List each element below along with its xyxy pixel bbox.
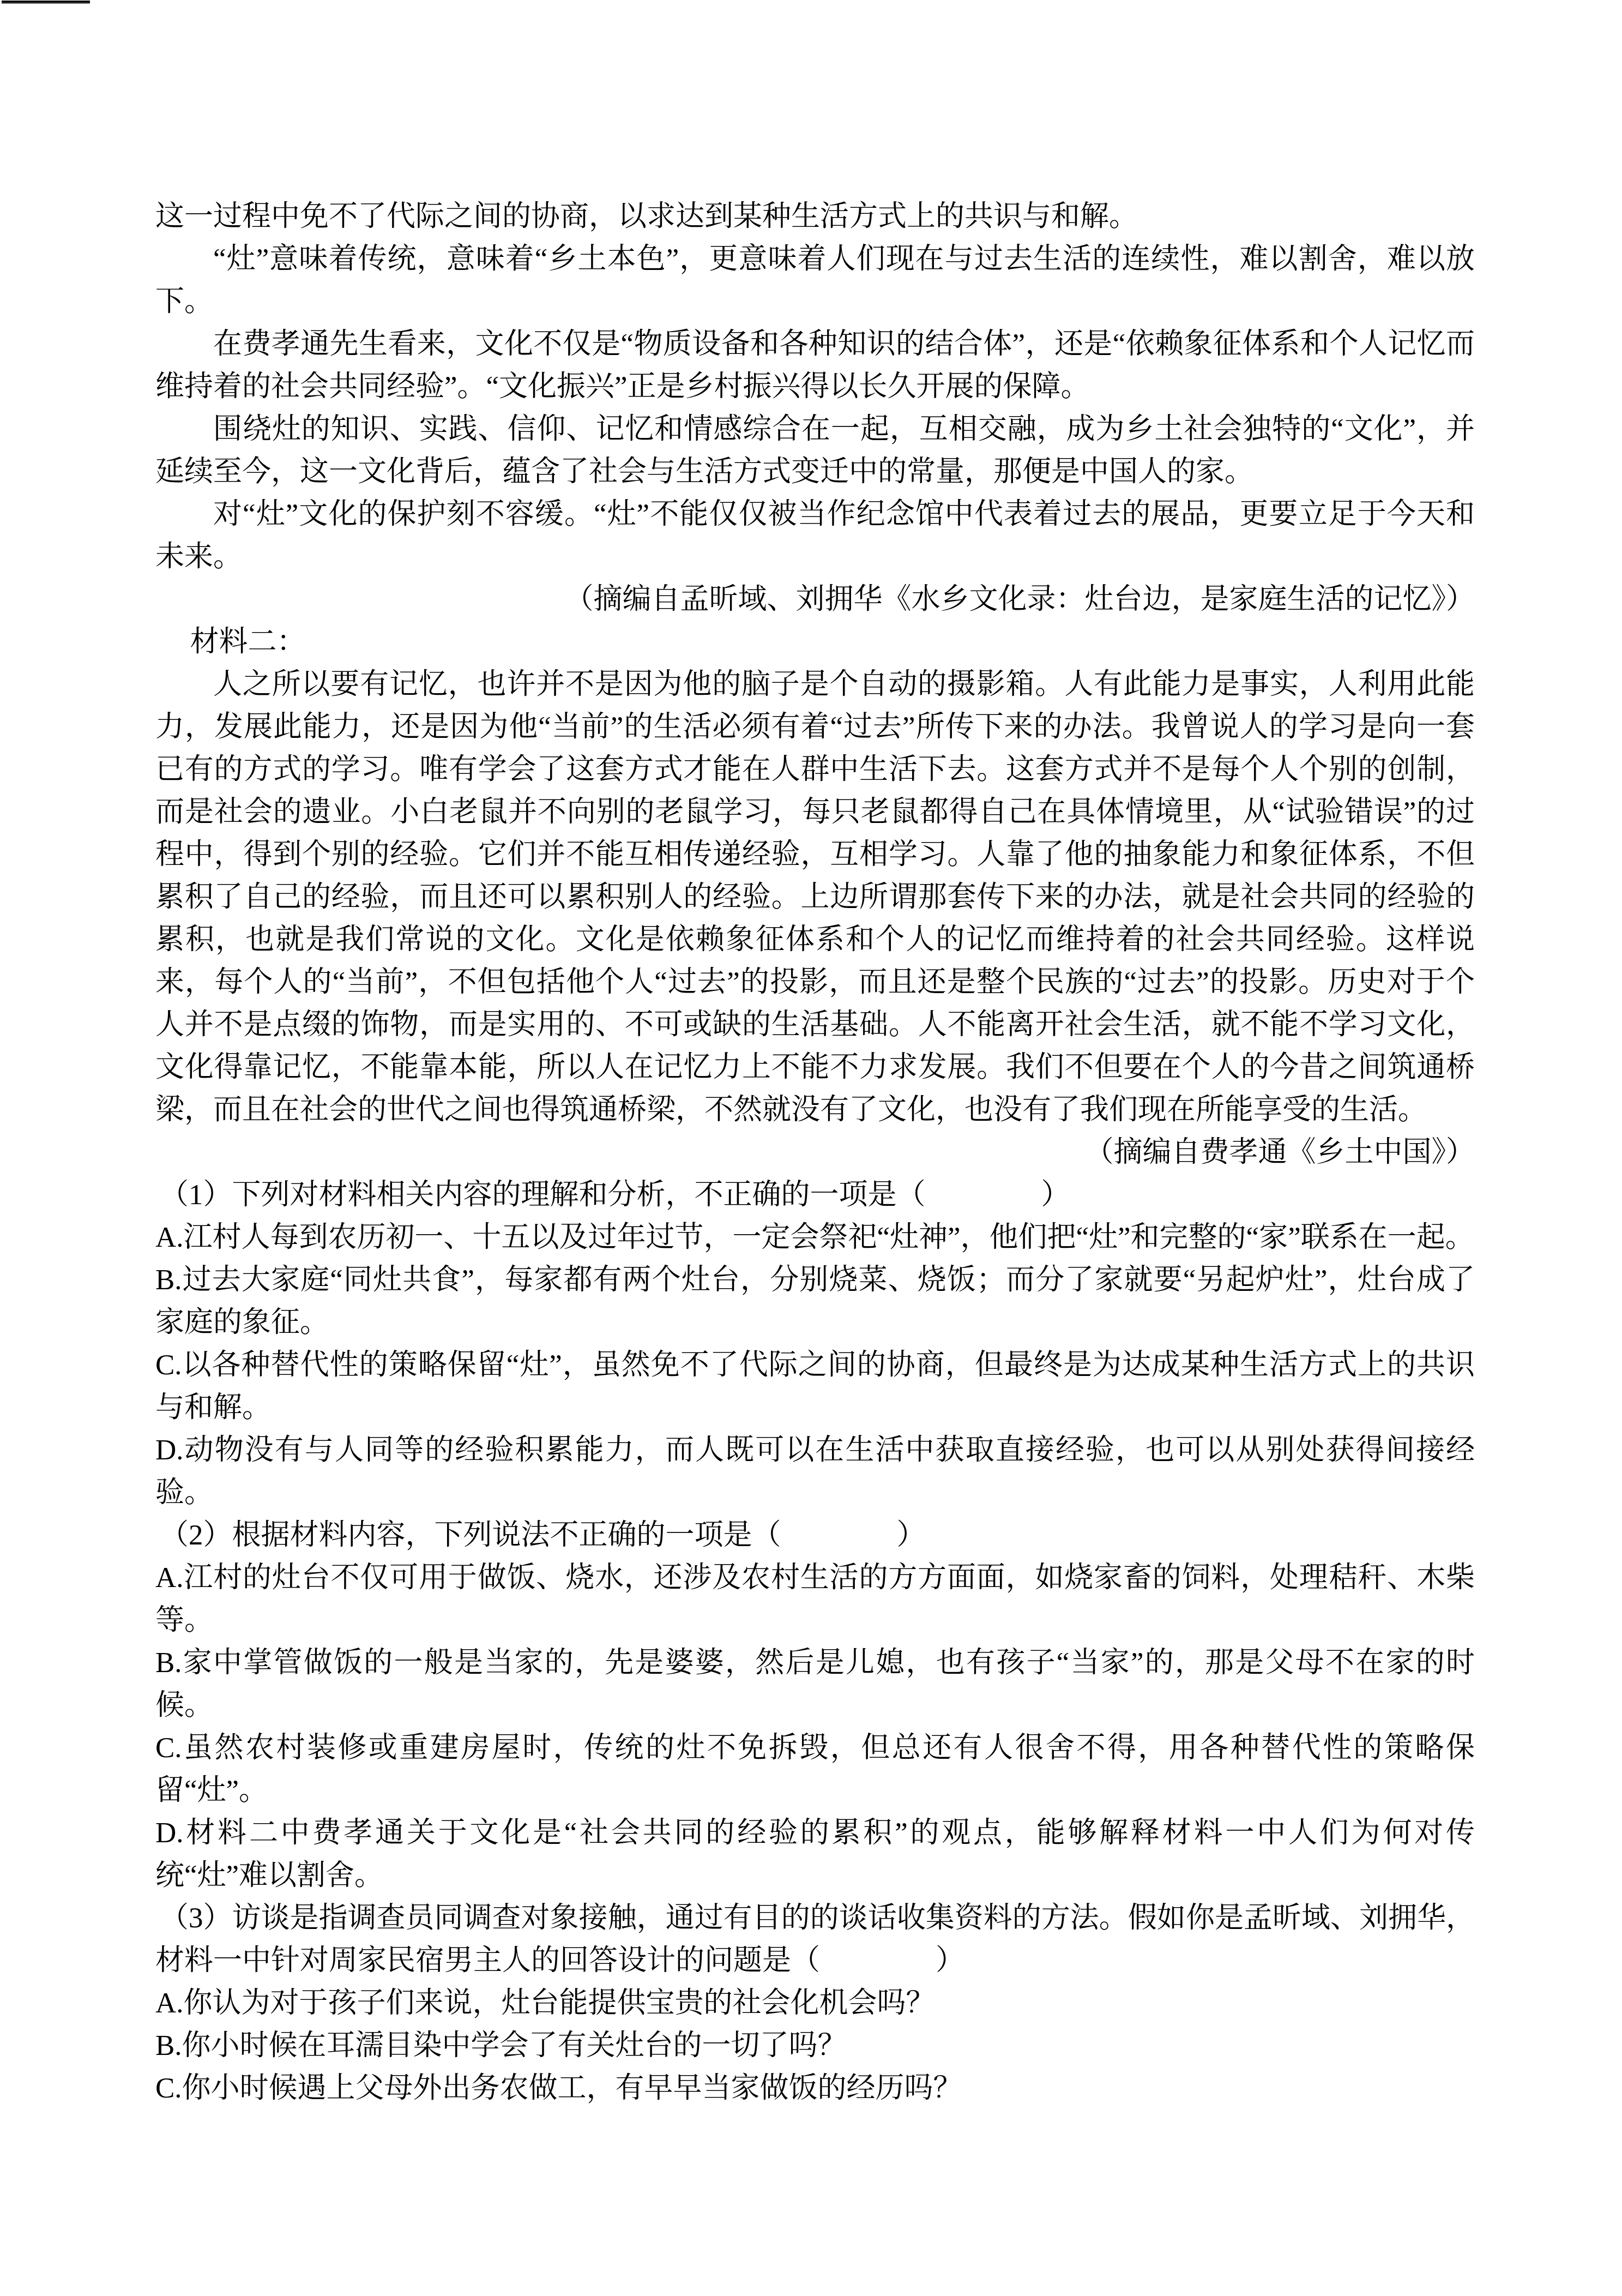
question-2-option-d: D.材料二中费孝通关于文化是“社会共同的经验的累积”的观点，能够解释材料一中人们…	[155, 1812, 1475, 1897]
material-one-paragraph: 围绕灶的知识、实践、信仰、记忆和情感综合在一起，互相交融，成为乡土社会独特的“文…	[155, 408, 1475, 493]
question-2: （2）根据材料内容，下列说法不正确的一项是（ ） A.江村的灶台不仅可用于做饭、…	[155, 1514, 1475, 1897]
material-one-paragraph: “灶”意味着传统，意味着“乡土本色”，更意味着人们现在与过去生活的连续性，难以割…	[155, 238, 1475, 323]
material-one-source-attribution: （摘编自孟昕域、刘拥华《水乡文化录：灶台边，是家庭生活的记忆》）	[155, 578, 1475, 621]
question-1-option-b: B.过去大家庭“同灶共食”，每家都有两个灶台，分别烧菜、烧饭；而分了家就要“另起…	[155, 1259, 1475, 1344]
material-two-paragraph: 人之所以要有记忆，也许并不是因为他的脑子是个自动的摄影箱。人有此能力是事实，人利…	[155, 663, 1475, 1131]
question-1: （1）下列对材料相关内容的理解和分析，不正确的一项是（ ） A.江村人每到农历初…	[155, 1174, 1475, 1514]
question-2-stem: （2）根据材料内容，下列说法不正确的一项是（ ）	[155, 1514, 1475, 1556]
material-one-paragraph: 对“灶”文化的保护刻不容缓。“灶”不能仅仅被当作纪念馆中代表着过去的展品，更要立…	[155, 493, 1475, 578]
question-1-option-d: D.动物没有与人同等的经验积累能力，而人既可以在生活中获取直接经验，也可以从别处…	[155, 1429, 1475, 1514]
question-1-option-c: C.以各种替代性的策略保留“灶”，虽然免不了代际之间的协商，但最终是为达成某种生…	[155, 1344, 1475, 1429]
page-corner-rule	[2, 1, 90, 4]
question-3: （3）访谈是指调查员同调查对象接触，通过有目的的谈话收集资料的方法。假如你是孟昕…	[155, 1897, 1475, 2109]
question-3-stem: （3）访谈是指调查员同调查对象接触，通过有目的的谈话收集资料的方法。假如你是孟昕…	[155, 1897, 1475, 1982]
question-3-option-c: C.你小时候遇上父母外出务农做工，有早早当家做饭的经历吗？	[155, 2067, 1475, 2109]
question-3-option-a: A.你认为对于孩子们来说，灶台能提供宝贵的社会化机会吗？	[155, 1982, 1475, 2024]
question-2-option-c: C.虽然农村装修或重建房屋时，传统的灶不免拆毁，但总还有人很舍不得，用各种替代性…	[155, 1727, 1475, 1812]
material-two-source-attribution: （摘编自费孝通《乡土中国》）	[155, 1131, 1475, 1174]
material-two-heading: 材料二：	[155, 621, 1475, 663]
question-1-stem: （1）下列对材料相关内容的理解和分析，不正确的一项是（ ）	[155, 1174, 1475, 1216]
material-one-paragraph: 在费孝通先生看来，文化不仅是“物质设备和各种知识的结合体”，还是“依赖象征体系和…	[155, 323, 1475, 408]
material-one-paragraph-continued: 这一过程中免不了代际之间的协商，以求达到某种生活方式上的共识与和解。	[155, 195, 1475, 238]
question-3-option-b: B.你小时候在耳濡目染中学会了有关灶台的一切了吗？	[155, 2024, 1475, 2067]
question-1-option-a: A.江村人每到农历初一、十五以及过年过节，一定会祭祀“灶神”，他们把“灶”和完整…	[155, 1216, 1475, 1259]
document-page: 这一过程中免不了代际之间的协商，以求达到某种生活方式上的共识与和解。 “灶”意味…	[0, 0, 1622, 2296]
question-2-option-b: B.家中掌管做饭的一般是当家的，先是婆婆，然后是儿媳，也有孩子“当家”的，那是父…	[155, 1642, 1475, 1727]
question-2-option-a: A.江村的灶台不仅可用于做饭、烧水，还涉及农村生活的方方面面，如烧家畜的饲料，处…	[155, 1556, 1475, 1642]
reading-passage: 这一过程中免不了代际之间的协商，以求达到某种生活方式上的共识与和解。 “灶”意味…	[155, 195, 1475, 2109]
